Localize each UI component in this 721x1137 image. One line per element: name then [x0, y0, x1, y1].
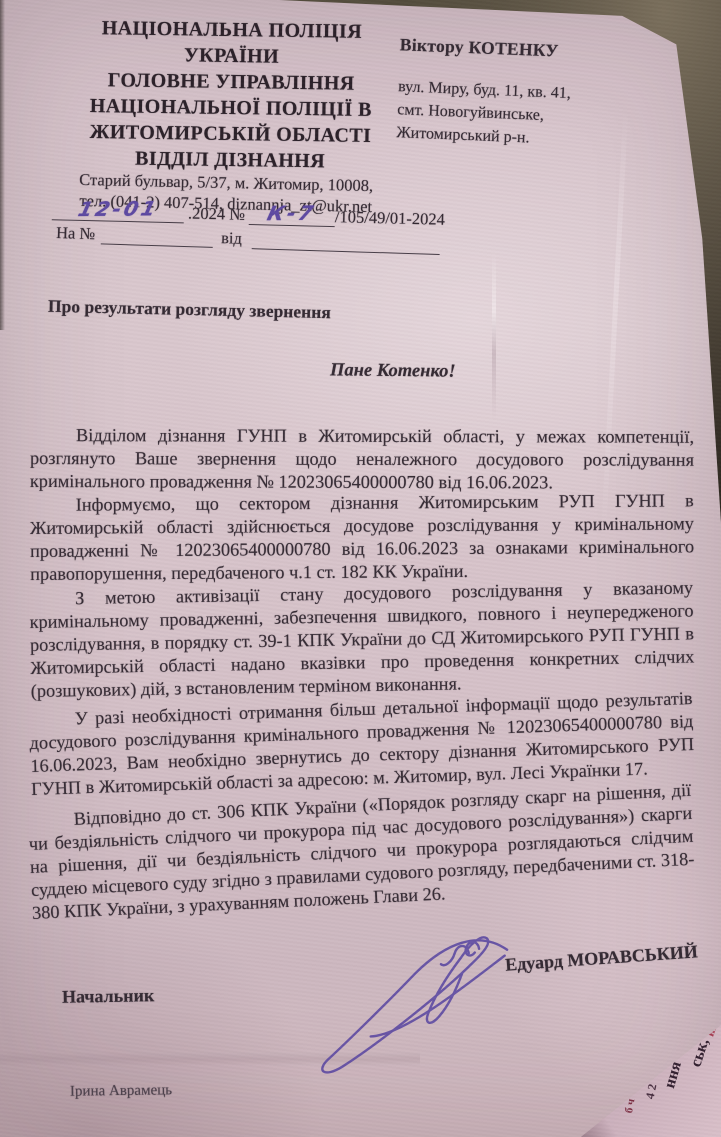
body-paragraph-1: Відділом дізнання ГУНП в Житомирській об…: [30, 424, 694, 495]
handwritten-number: К-7: [265, 201, 319, 225]
signer-position: Начальник: [62, 985, 155, 1008]
executor-name: Ірина Аврамець: [70, 1082, 172, 1100]
photo-of-letter: НАЦІОНАЛЬНА ПОЛІЦІЯ УКРАЇНИ ГОЛОВНЕ УПРА…: [0, 0, 721, 1137]
incoming-from-label: від: [221, 228, 242, 249]
org-line: НАЦІОНАЛЬНА ПОЛІЦІЯ: [59, 15, 405, 46]
handwritten-signature-ink: [309, 911, 536, 1101]
number-field: К-7: [249, 200, 336, 227]
number-suffix: /105/49/01-2024: [335, 207, 445, 230]
handwritten-date: 12-01: [75, 196, 160, 221]
letter-body: Відділом дізнання ГУНП в Житомирській об…: [30, 424, 694, 925]
incoming-label: На №: [56, 223, 96, 244]
body-paragraph-3: З метою активізації стану досудового роз…: [29, 576, 695, 703]
salutation: Пане Котенко!: [330, 360, 456, 382]
recipient-block: Віктору КОТЕНКУ вул. Миру, буд. 11, кв. …: [396, 34, 690, 156]
date-field: 12-01: [52, 195, 185, 223]
org-line: ЖИТОМИРСЬКІЙ ОБЛАСТІ: [57, 119, 403, 150]
body-paragraph-2: Інформуємо, що сектором дізнання Житомир…: [30, 489, 695, 586]
letterhead-organization: НАЦІОНАЛЬНА ПОЛІЦІЯ УКРАЇНИ ГОЛОВНЕ УПРА…: [57, 15, 405, 176]
recipient-address: вул. Миру, буд. 11, кв. 41, смт. Новогуй…: [396, 75, 689, 156]
date-suffix: .2024 №: [188, 204, 245, 225]
body-paragraph-5: Відповідно до ст. 306 КПК України («Поря…: [27, 779, 696, 925]
